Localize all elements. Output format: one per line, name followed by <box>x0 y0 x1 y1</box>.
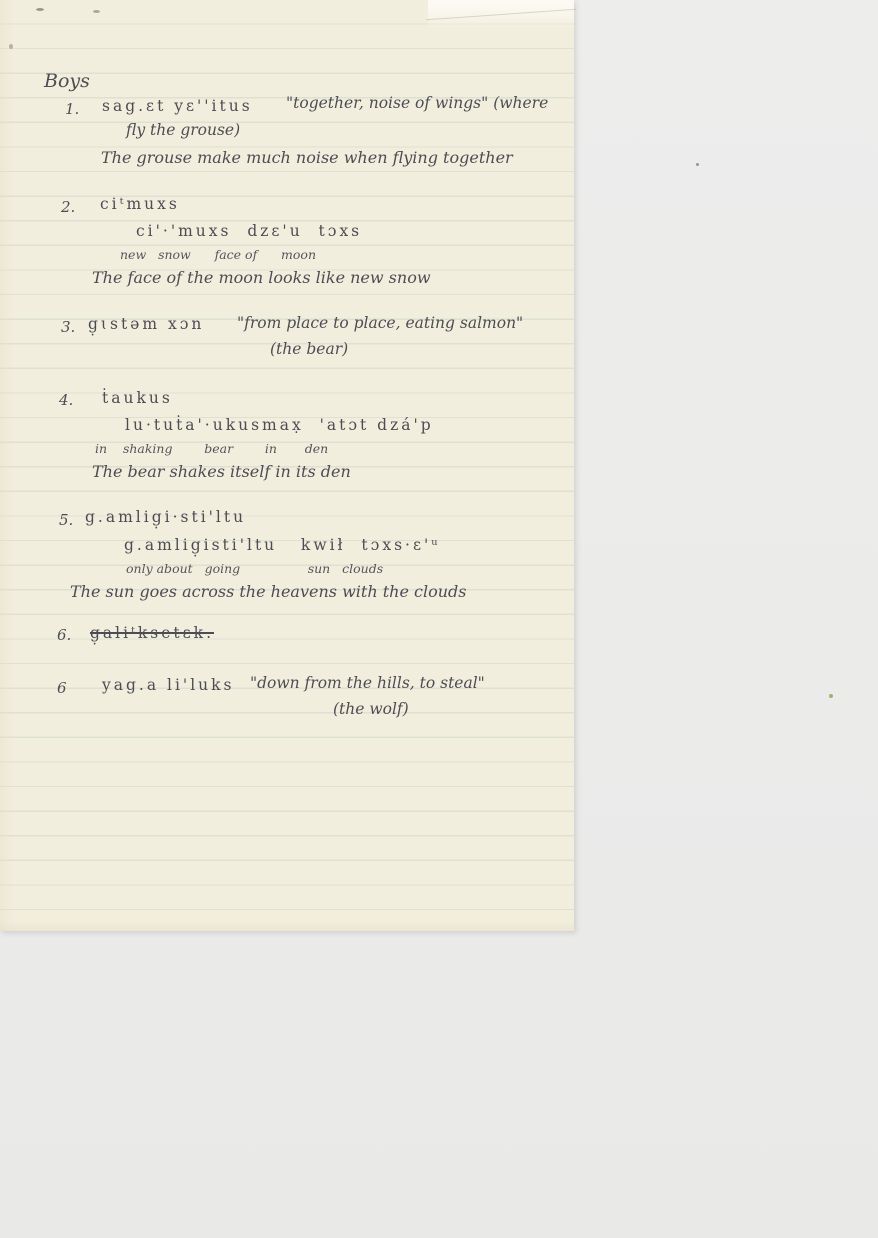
speck <box>9 44 13 49</box>
entry-gloss: in shaking bear in den <box>95 441 328 456</box>
entry-number: 2. <box>61 198 75 216</box>
entry-term: ṫaukus <box>102 389 173 407</box>
entry-phonetic: ci'·'muxs dzɛ'u tɔxs <box>136 222 362 240</box>
entry-translation: The face of the moon looks like new snow <box>92 268 431 287</box>
entry-gloss: new snow face of moon <box>120 247 316 262</box>
speck <box>93 10 100 13</box>
entry-term: g̣ɩstəm xɔn <box>88 315 204 333</box>
entry-quote-cont: (the wolf) <box>333 700 409 718</box>
entry-term: sag.ɛt yɛ''itus <box>102 97 253 115</box>
speck <box>829 694 833 698</box>
entry-quote: "together, noise of wings" (where <box>286 94 548 112</box>
entry-number: 4. <box>59 391 73 409</box>
page-heading: Boys <box>44 70 90 92</box>
entry-term: yag.a li'luks <box>102 676 234 694</box>
entry-number: 3. <box>61 318 75 336</box>
entry-term: ciᵗmuxs <box>100 195 180 213</box>
speck <box>696 163 699 166</box>
entry-number: 1. <box>65 100 79 118</box>
entry-quote: "from place to place, eating salmon" <box>237 314 523 332</box>
entry-translation: The grouse make much noise when flying t… <box>101 148 513 167</box>
entry-term: g.amlig̣i·sti'ltu <box>85 508 246 526</box>
entry-phonetic: lu·tuṫa'·ukusmax̣ 'atɔt dzá'p <box>125 416 434 434</box>
entry-phonetic: g.amlig̣isti'ltu kwił tɔxs·ɛ'ᵘ <box>124 536 440 554</box>
entry-quote-cont: fly the grouse) <box>126 121 240 139</box>
entry-quote-cont: (the bear) <box>270 340 348 358</box>
entry-term-struck: g̣aliᵗksetɛk. <box>90 624 214 642</box>
entry-translation: The sun goes across the heavens with the… <box>70 582 466 601</box>
paper-sheet: Boys 1. sag.ɛt yɛ''itus "together, noise… <box>0 0 574 931</box>
entry-number: 5. <box>59 511 73 529</box>
entry-number: 6. <box>57 626 71 644</box>
entry-gloss: only about going sun clouds <box>126 561 383 576</box>
entry-number: 6 <box>57 679 67 697</box>
scanner-background: Boys 1. sag.ɛt yɛ''itus "together, noise… <box>0 0 878 1238</box>
speck <box>36 8 44 11</box>
entry-quote: "down from the hills, to steal" <box>250 674 485 692</box>
entry-translation: The bear shakes itself in its den <box>92 462 351 481</box>
